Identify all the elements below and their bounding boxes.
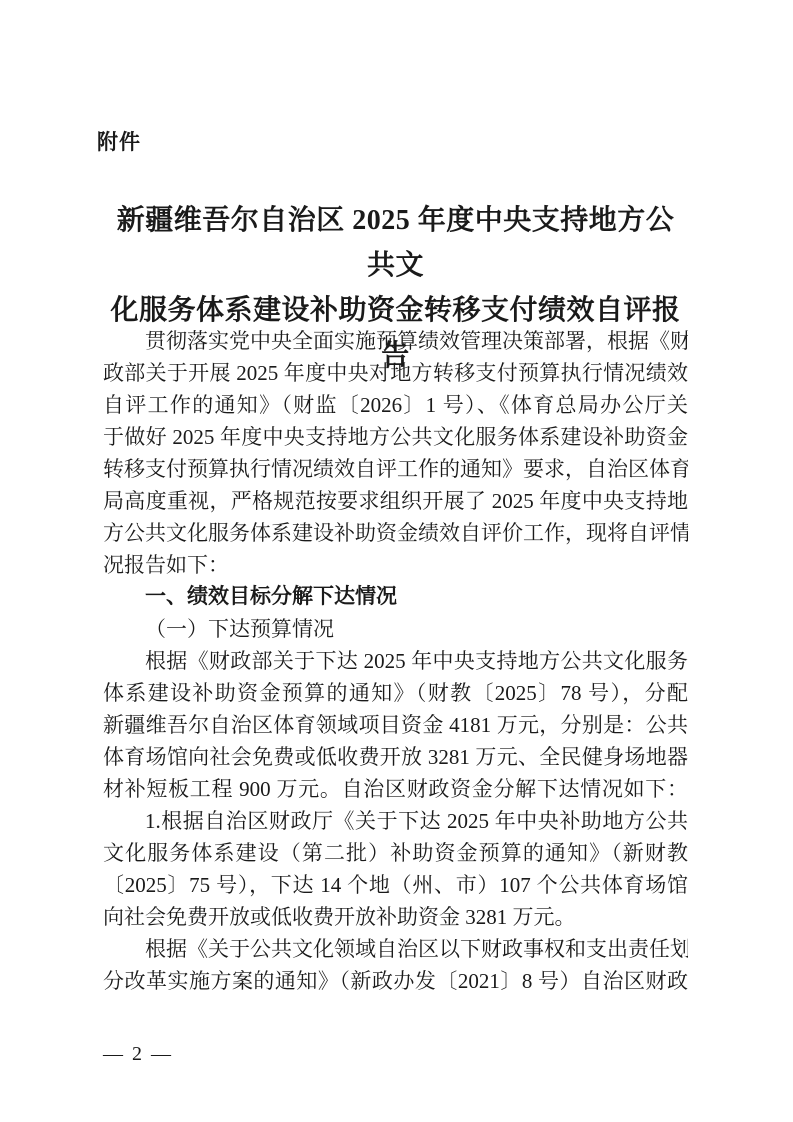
body-line: 文化服务体系建设（第二批）补助资金预算的通知》（新财教 bbox=[103, 837, 688, 869]
body-line: 1.根据自治区财政厅《关于下达 2025 年中央补助地方公共 bbox=[103, 805, 688, 837]
body-line: 新疆维吾尔自治区体育领域项目资金 4181 万元，分别是：公共 bbox=[103, 709, 688, 741]
body-line: 一、绩效目标分解下达情况 bbox=[103, 581, 688, 613]
body-line: 自评工作的通知》（财监〔2026〕1 号）、《体育总局办公厅关 bbox=[103, 389, 688, 421]
body-line: 局高度重视，严格规范按要求组织开展了 2025 年度中央支持地 bbox=[103, 485, 688, 517]
document-title-line-1: 新疆维吾尔自治区 2025 年度中央支持地方公共文 bbox=[103, 198, 688, 288]
attachment-label: 附件 bbox=[97, 131, 141, 155]
body-line: 根据《财政部关于下达 2025 年中央支持地方公共文化服务 bbox=[103, 645, 688, 677]
body-line: （一）下达预算情况 bbox=[103, 613, 688, 645]
document-body: 贯彻落实党中央全面实施预算绩效管理决策部署，根据《财政部关于开展 2025 年度… bbox=[103, 325, 688, 997]
body-line: 〔2025〕75 号），下达 14 个地（州、市）107 个公共体育场馆 bbox=[103, 869, 688, 901]
document-page: 附件 新疆维吾尔自治区 2025 年度中央支持地方公共文 化服务体系建设补助资金… bbox=[0, 0, 793, 1122]
body-line: 根据《关于公共文化领域自治区以下财政事权和支出责任划 bbox=[103, 933, 688, 965]
body-line: 转移支付预算执行情况绩效自评工作的通知》要求，自治区体育 bbox=[103, 453, 688, 485]
body-line: 分改革实施方案的通知》（新政办发〔2021〕8 号）自治区财政 bbox=[103, 965, 688, 997]
body-line: 于做好 2025 年度中央支持地方公共文化服务体系建设补助资金 bbox=[103, 421, 688, 453]
body-line: 向社会免费开放或低收费开放补助资金 3281 万元。 bbox=[103, 901, 688, 933]
body-line: 材补短板工程 900 万元。自治区财政资金分解下达情况如下： bbox=[103, 773, 688, 805]
body-line: 政部关于开展 2025 年度中央对地方转移支付预算执行情况绩效 bbox=[103, 357, 688, 389]
body-line: 体系建设补助资金预算的通知》（财教〔2025〕78 号），分配 bbox=[103, 677, 688, 709]
body-line: 体育场馆向社会免费或低收费开放 3281 万元、全民健身场地器 bbox=[103, 741, 688, 773]
page-number: — 2 — bbox=[103, 1043, 173, 1065]
body-line: 贯彻落实党中央全面实施预算绩效管理决策部署，根据《财 bbox=[103, 325, 688, 357]
body-line: 况报告如下： bbox=[103, 549, 688, 581]
body-line: 方公共文化服务体系建设补助资金绩效自评价工作，现将自评情 bbox=[103, 517, 688, 549]
